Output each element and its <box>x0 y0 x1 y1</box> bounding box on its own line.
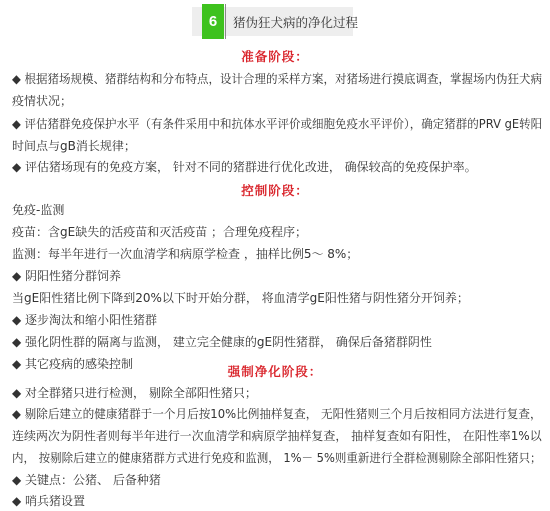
eradication-line-4: 内， 按剔除后建立的健康猪群方式进行免疫和监测， 1%－ 5%则重新进行全群检测… <box>12 450 542 466</box>
heading-eradication-stage: 强制净化阶段： <box>0 362 550 380</box>
eradication-line-6: ◆ 哨兵猪设置 <box>12 493 85 509</box>
control-line-1: 免疫-监测 <box>12 202 64 218</box>
prep-line-4: 时间点与gB消长规律； <box>12 138 136 154</box>
heading-control-stage: 控制阶段： <box>0 181 550 199</box>
prep-line-1: ◆ 根据猪场规模、猪群结构和分布特点，设计合理的采样方案，对猪场进行摸底调查，掌… <box>12 71 542 87</box>
control-line-7: ◆ 强化阴性群的隔离与监测， 建立完全健康的gE阴性猪群， 确保后备猪群阴性 <box>12 334 432 350</box>
control-line-4: ◆ 阴阳性猪分群饲养 <box>12 268 121 284</box>
control-line-2: 疫苗：含gE缺失的活疫苗和灭活疫苗 ；合理免疫程序； <box>12 224 307 240</box>
control-line-3: 监测：每半年进行一次血清学和病原学检查 ，抽样比例5～ 8%； <box>12 246 358 262</box>
banner-title: 猪伪狂犬病的净化过程 <box>233 13 358 31</box>
control-line-6: ◆ 逐步淘汰和缩小阳性猪群 <box>12 312 157 328</box>
eradication-line-2: ◆ 剔除后建立的健康猪群于一个月后按10%比例抽样复查， 无阳性猪则三个月后按相… <box>12 406 542 422</box>
eradication-line-3: 连续两次为阴性者则每半年进行一次血清学和病原学抽样复查， 抽样复查如有阳性， 在… <box>12 428 542 444</box>
eradication-line-1: ◆ 对全群猪只进行检测， 剔除全部阳性猪只； <box>12 385 257 401</box>
eradication-line-5: ◆ 关键点：公猪、 后备种猪 <box>12 472 161 488</box>
prep-line-3: ◆ 评估猪群免疫保护水平（有条件采用中和抗体水平评价或细胞免疫水平评价），确定猪… <box>12 116 542 132</box>
heading-prep-stage: 准备阶段： <box>0 47 550 65</box>
control-line-5: 当gE阳性猪比例下降到20%以下时开始分群， 将血清学gE阳性猪与阴性猪分开饲养… <box>12 290 469 306</box>
section-banner: 6 猪伪狂犬病的净化过程 <box>192 7 353 36</box>
prep-line-5: ◆ 评估猪场现有的免疫方案， 针对不同的猪群进行优化改进， 确保较高的免疫保护率… <box>12 159 477 175</box>
section-number-badge: 6 <box>202 4 224 39</box>
prep-line-2: 疫情状况； <box>12 93 72 109</box>
